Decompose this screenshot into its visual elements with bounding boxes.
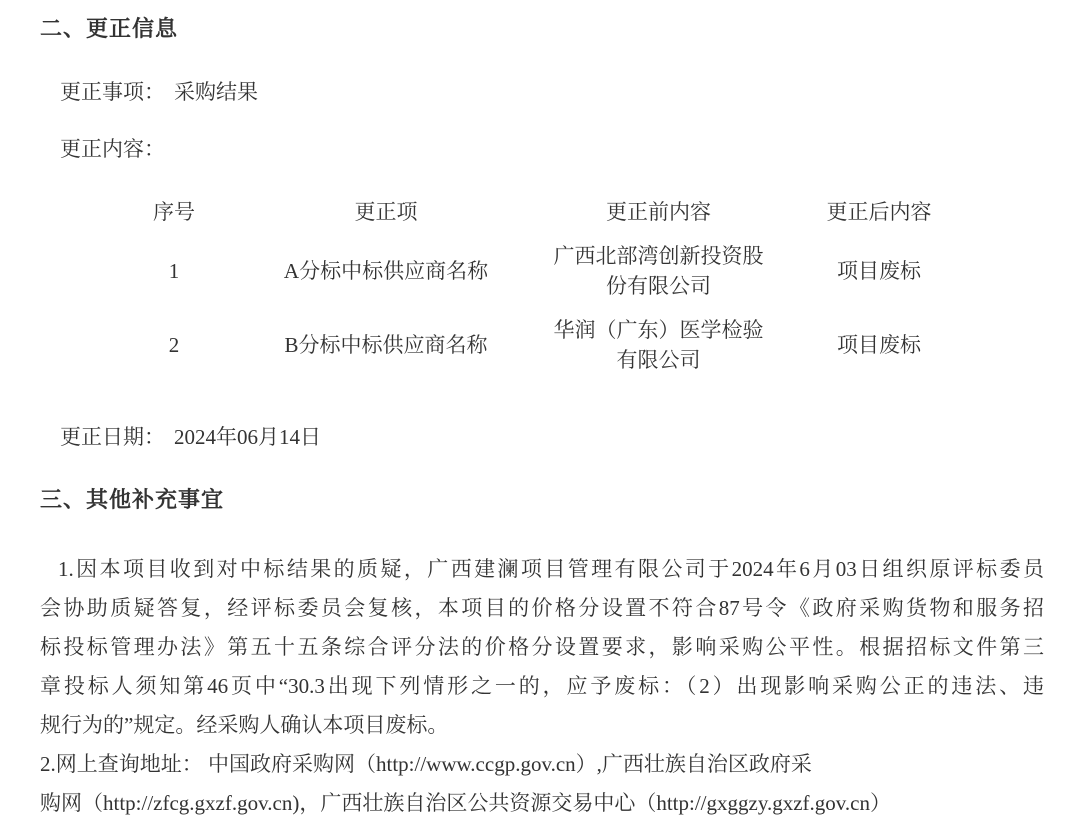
section-3-heading: 三、其他补充事宜	[40, 485, 1044, 515]
table-row: 2 B分标中标供应商名称 华润（广东）医学检验有限公司 项目废标	[118, 308, 983, 382]
cell-seq: 2	[118, 308, 230, 382]
section-2-heading: 二、更正信息	[40, 14, 1044, 44]
supplement-line: 标投标管理办法》第五十五条综合评分法的价格分设置要求，影响采购公平性。根据招标文…	[40, 628, 1044, 667]
supplement-line: 会协助质疑答复，经评标委员会复核，本项目的价格分设置不符合87号令《政府采购货物…	[40, 589, 1044, 628]
cell-after: 项目废标	[775, 234, 983, 308]
table-header-row: 序号 更正项 更正前内容 更正后内容	[118, 190, 983, 234]
cell-item: A分标中标供应商名称	[230, 234, 542, 308]
supplement-line-url: 2.网上查询地址： 中国政府采购网（http://www.ccgp.gov.cn…	[40, 745, 1044, 784]
correction-item-value: 采购结果	[174, 80, 258, 104]
supplement-line: 章投标人须知第46页中“30.3出现下列情形之一的，应予废标：（2）出现影响采购…	[40, 667, 1044, 706]
cell-seq: 1	[118, 234, 230, 308]
correction-item-label: 更正事项：	[60, 80, 165, 104]
col-header-seq: 序号	[118, 190, 230, 234]
cell-after: 项目废标	[775, 308, 983, 382]
correction-item-line: 更正事项：采购结果	[40, 77, 1044, 107]
supplement-line: 规行为的”规定。经采购人确认本项目废标。	[40, 706, 1044, 745]
correction-table: 序号 更正项 更正前内容 更正后内容 1 A分标中标供应商名称 广西北部湾创新投…	[118, 190, 983, 382]
correction-date-line: 更正日期：2024年06月14日	[40, 422, 1044, 452]
correction-content-label: 更正内容：	[40, 134, 1044, 164]
supplement-line: 1.因本项目收到对中标结果的质疑，广西建澜项目管理有限公司于2024年6月03日…	[40, 550, 1044, 589]
correction-notice-document: 二、更正信息 更正事项：采购结果 更正内容： 序号 更正项 更正前内容 更正后内…	[0, 0, 1080, 823]
supplement-text: 1.因本项目收到对中标结果的质疑，广西建澜项目管理有限公司于2024年6月03日…	[40, 550, 1044, 823]
supplement-line-url: 购网（http://zfcg.gxzf.gov.cn)，广西壮族自治区公共资源交…	[40, 784, 1044, 823]
cell-before: 广西北部湾创新投资股份有限公司	[542, 234, 775, 308]
cell-item: B分标中标供应商名称	[230, 308, 542, 382]
col-header-item: 更正项	[230, 190, 542, 234]
correction-date-value: 2024年06月14日	[174, 425, 321, 449]
col-header-before: 更正前内容	[542, 190, 775, 234]
correction-date-label: 更正日期：	[60, 425, 165, 449]
col-header-after: 更正后内容	[775, 190, 983, 234]
table-row: 1 A分标中标供应商名称 广西北部湾创新投资股份有限公司 项目废标	[118, 234, 983, 308]
cell-before: 华润（广东）医学检验有限公司	[542, 308, 775, 382]
